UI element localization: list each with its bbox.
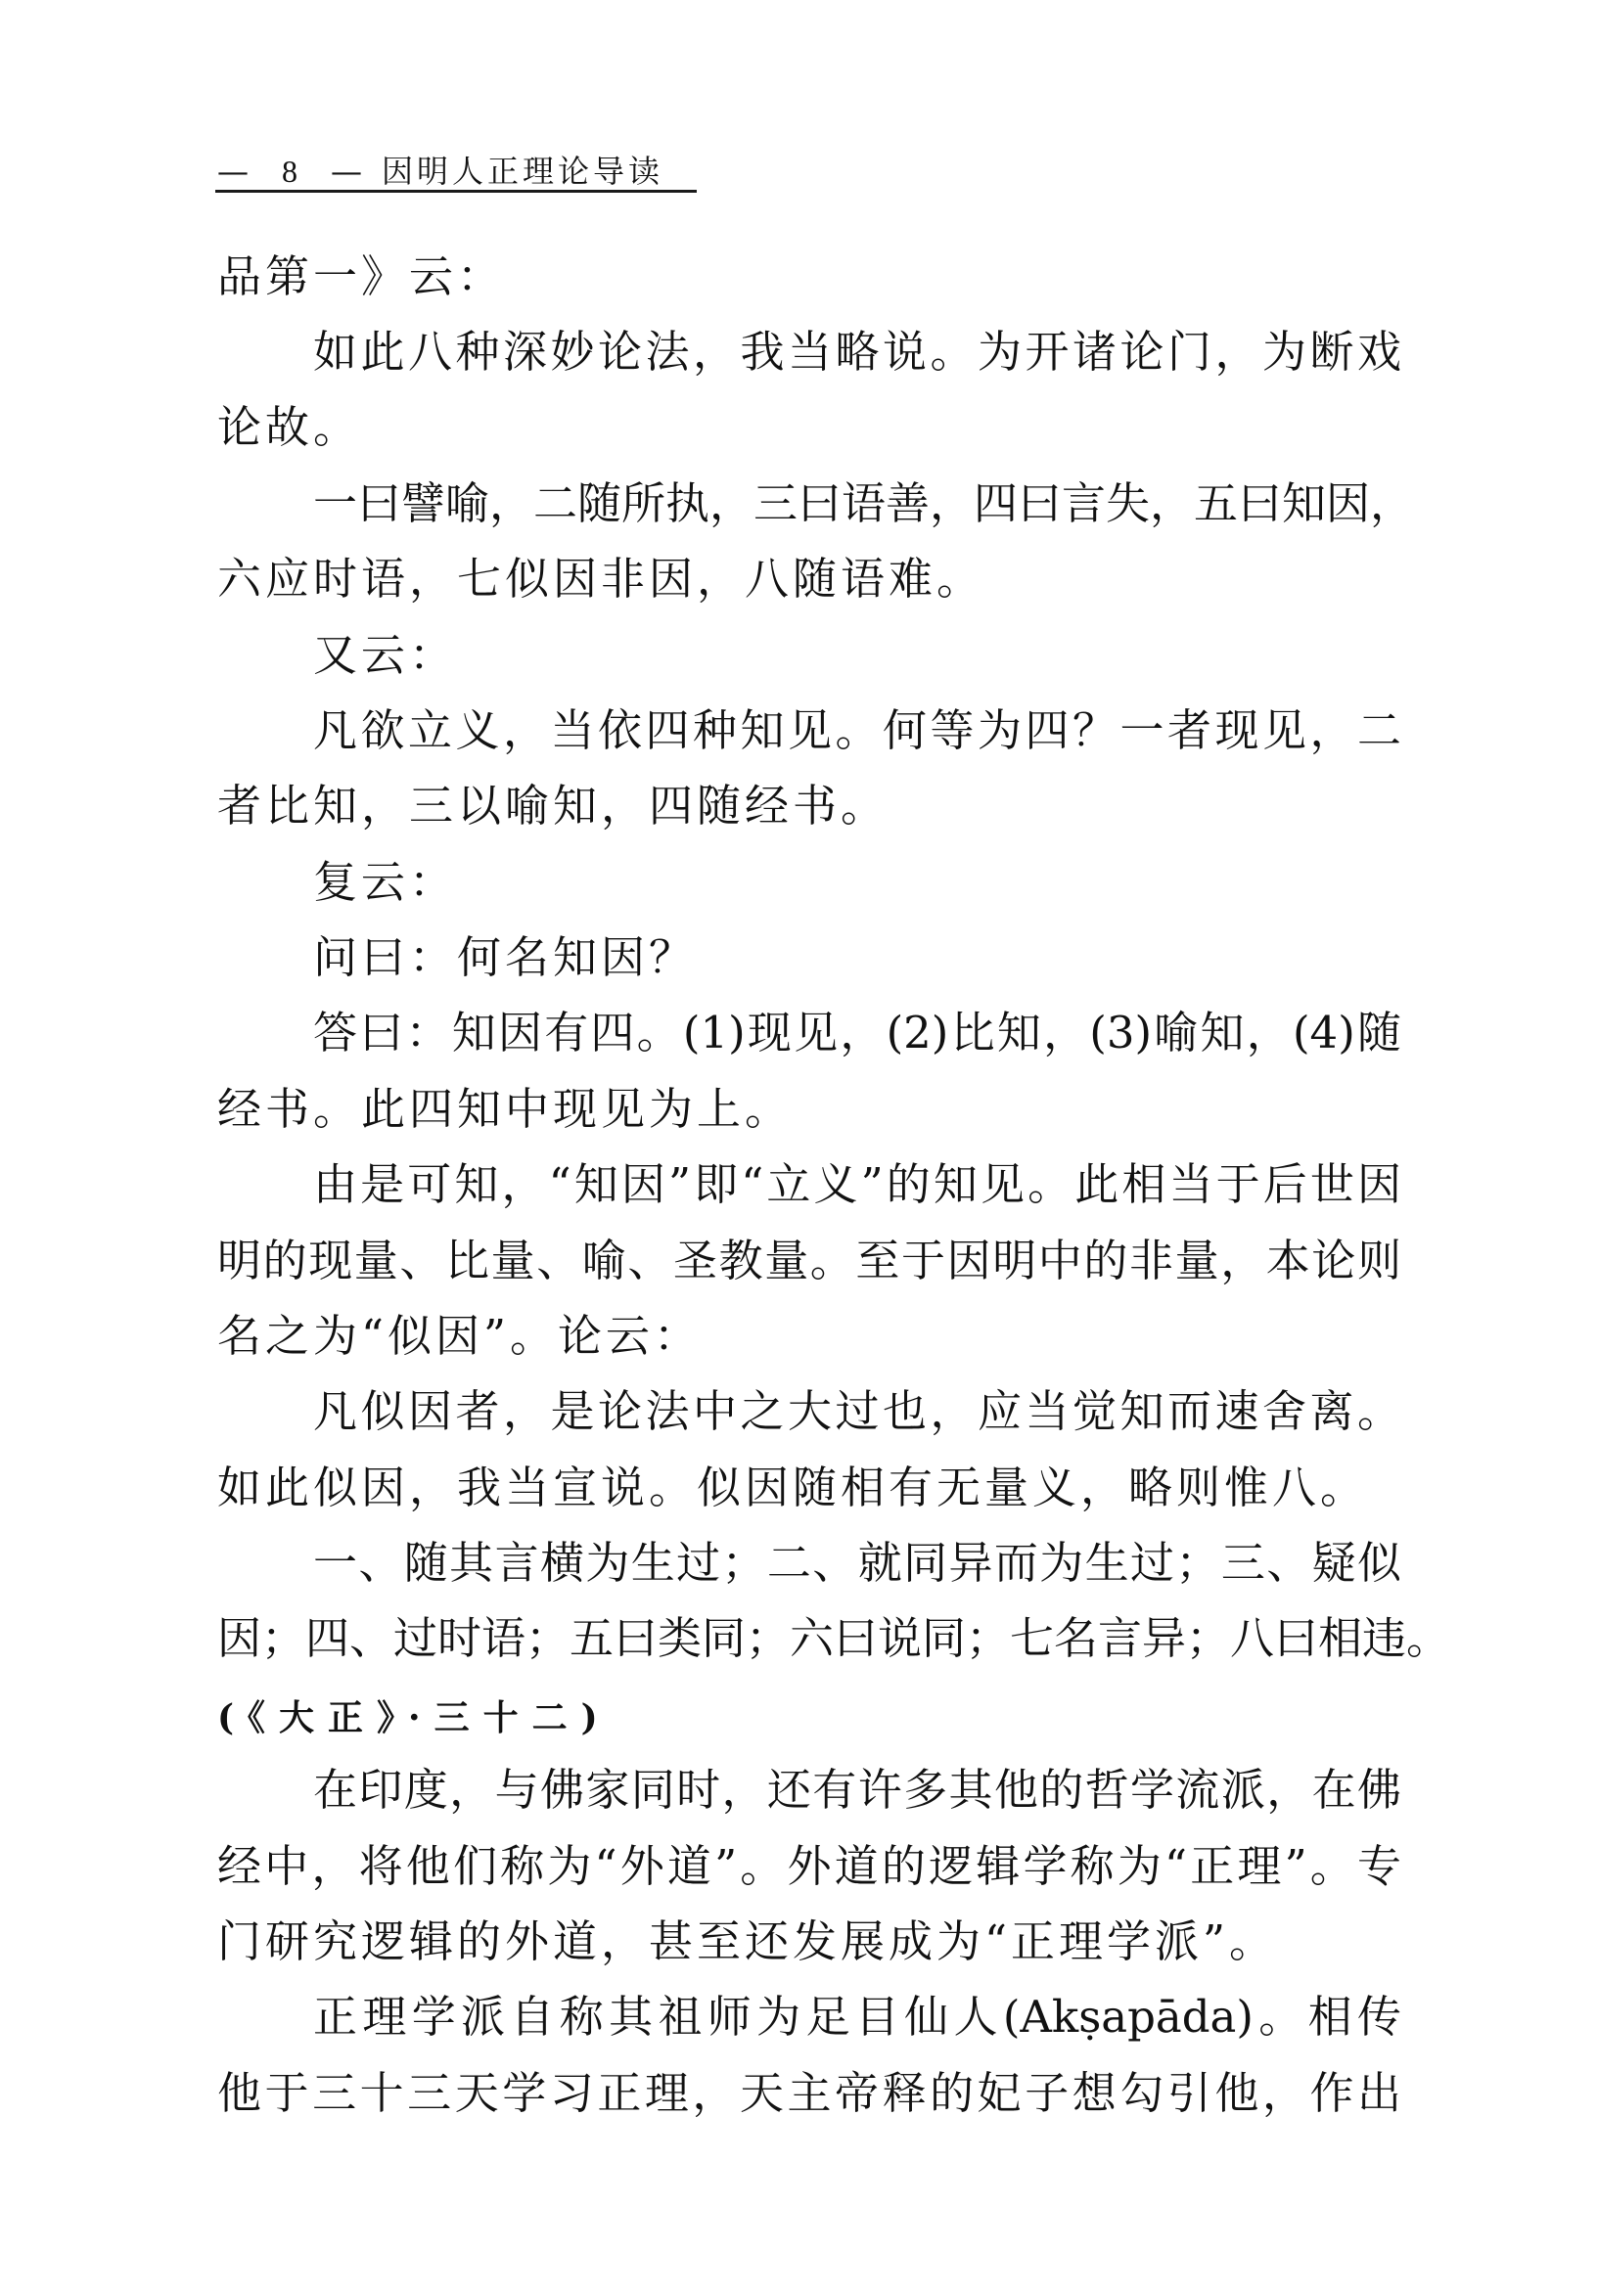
text-line: 名之为“似因”。论云：: [217, 1307, 702, 1366]
running-header: — 8 — 因明人正理论导读: [215, 149, 697, 193]
citation: (《大正》·三十二): [217, 1688, 612, 1747]
text-line: 问曰：何名知因？: [217, 928, 697, 987]
text-line: 因；四、过时语；五曰类同；六曰说同；七名言异；八曰相违。: [217, 1609, 1401, 1668]
text-line: 如此八种深妙论法，我当略说。为开诸论门，为断戏: [217, 323, 1401, 382]
page-number: 8: [251, 153, 329, 190]
text-line: 凡欲立义，当依四种知见。何等为四？一者现见，二: [217, 701, 1401, 760]
text-line: 明的现量、比量、喻、圣教量。至于因明中的非量，本论则: [217, 1232, 1401, 1290]
text-line: 由是可知，“知因”即“立义”的知见。此相当于后世因: [217, 1155, 1401, 1214]
text-line: 一曰譬喻，二随所执，三曰语善，四曰言失，五曰知因，: [217, 474, 1401, 533]
text-line: 者比知，三以喻知，四随经书。: [217, 777, 889, 835]
text-line: 六应时语，七似因非因，八随语难。: [217, 550, 984, 608]
text-line: 论故。: [217, 398, 361, 457]
text-line: 门研究逻辑的外道，甚至还发展成为“正理学派”。: [217, 1913, 1277, 1971]
header-dash-left: —: [215, 153, 251, 190]
text-line: 复云：: [217, 853, 457, 912]
text-line: 答曰：知因有四。(1)现见，(2)比知，(3)喻知，(4)随: [217, 1004, 1401, 1062]
text-line: 经中，将他们称为“外道”。外道的逻辑学称为“正理”。专: [217, 1837, 1401, 1896]
book-title: 因明人正理论导读: [382, 153, 663, 190]
text-line: 凡似因者，是论法中之大过也，应当觉知而速舍离。: [217, 1382, 1401, 1441]
text-line: 经书。此四知中现见为上。: [217, 1080, 793, 1139]
text-line: 一、随其言横为生过；二、就同异而为生过；三、疑似: [217, 1534, 1401, 1593]
text-line: 如此似因，我当宣说。似因随相有无量义，略则惟八。: [217, 1459, 1368, 1517]
text-line: 品第一》云：: [217, 248, 505, 306]
text-line: 正理学派自称其祖师为足目仙人(Akṣapāda)。相传: [217, 1988, 1401, 2047]
text-line: 又云：: [217, 626, 457, 685]
header-dash-right: —: [329, 153, 364, 190]
text-line: 他于三十三天学习正理，天主帝释的妃子想勾引他，作出: [217, 2064, 1401, 2123]
text-line: 在印度，与佛家同时，还有许多其他的哲学流派，在佛: [217, 1761, 1401, 1820]
